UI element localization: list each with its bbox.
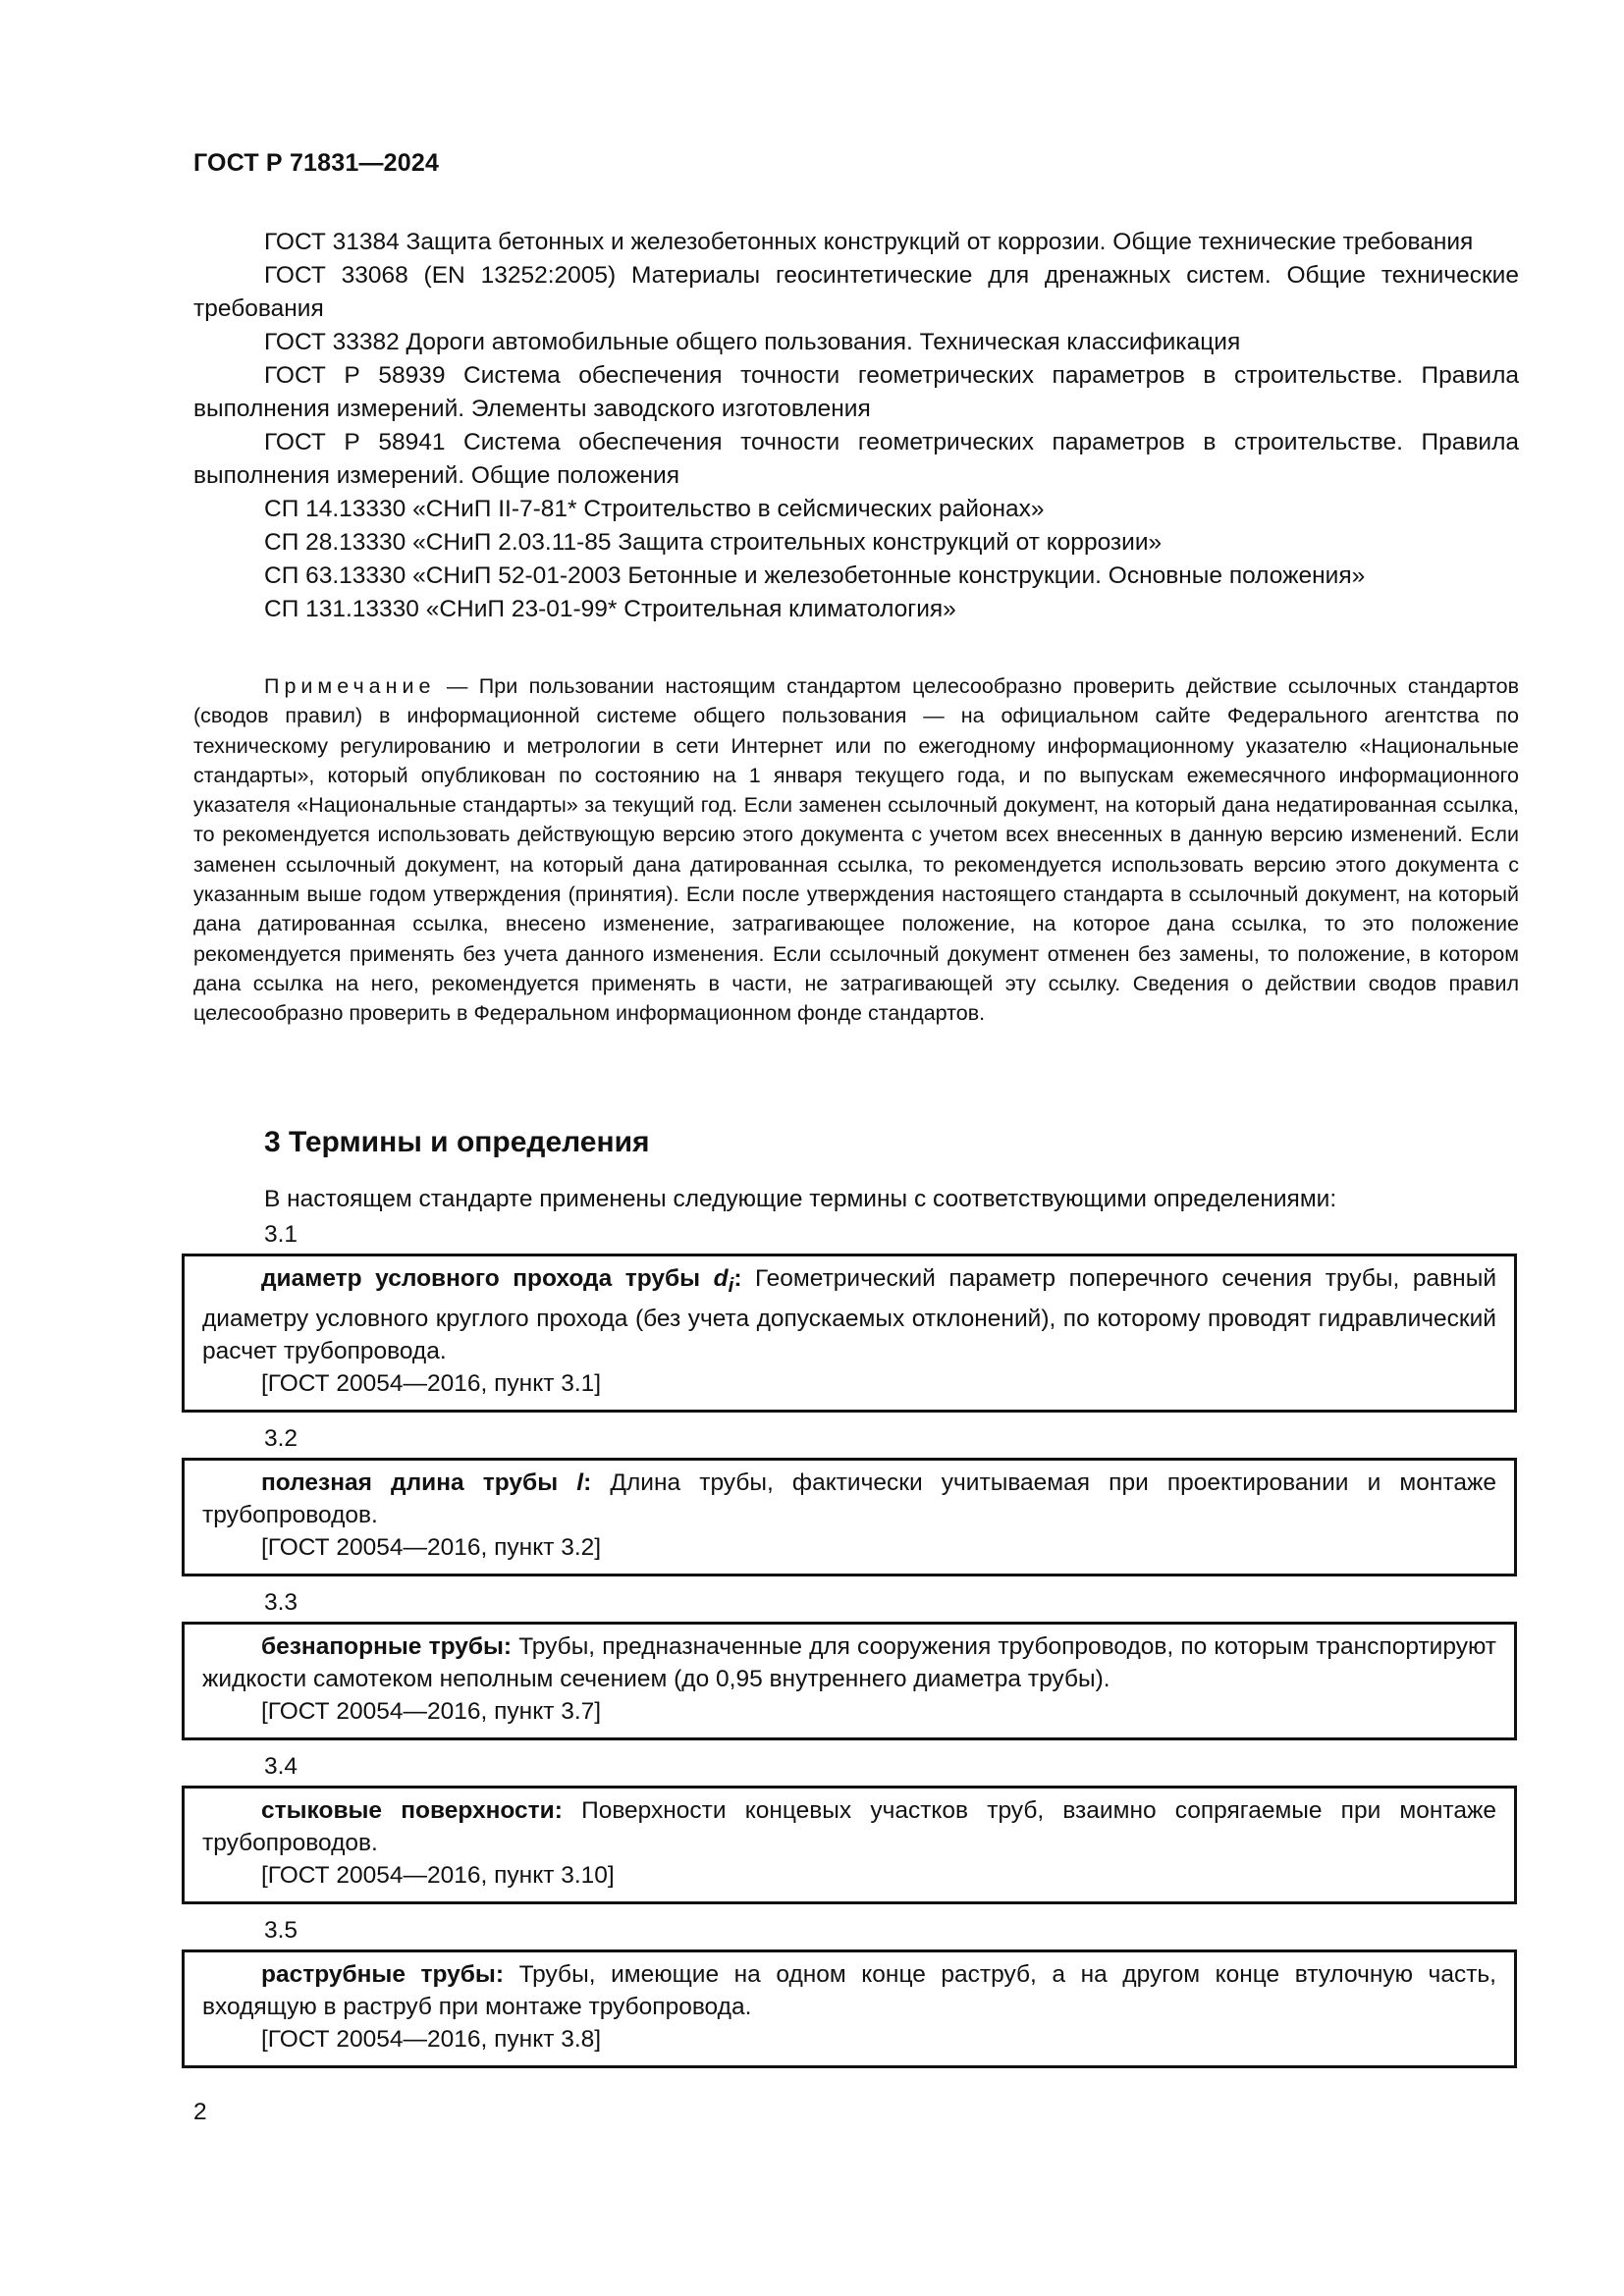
reference-item: ГОСТ 31384 Защита бетонных и железобетон… <box>193 226 1519 259</box>
term-number: 3.1 <box>193 1218 1529 1252</box>
reference-item: СП 63.13330 «СНиП 52-01-2003 Бетонные и … <box>193 560 1519 593</box>
term-name: раструбные трубы <box>261 1961 496 1988</box>
document-code-header: ГОСТ Р 71831—2024 <box>193 149 439 178</box>
section-intro: В настоящем стандарте применены следующи… <box>264 1183 1336 1216</box>
term-definition-box: диаметр условного прохода трубы di: Геом… <box>182 1254 1517 1413</box>
reference-item: СП 28.13330 «СНиП 2.03.11-85 Защита стро… <box>193 526 1519 560</box>
term-symbol: d <box>714 1265 729 1292</box>
note-label: Примечание <box>264 674 435 698</box>
term-number: 3.2 <box>193 1422 1529 1456</box>
term-source: [ГОСТ 20054—2016, пункт 3.2] <box>202 1531 1496 1564</box>
normative-references-list: ГОСТ 31384 Защита бетонных и железобетон… <box>193 226 1519 626</box>
term-name: стыковые поверхности <box>261 1797 555 1824</box>
term-source: [ГОСТ 20054—2016, пункт 3.10] <box>202 1859 1496 1892</box>
term-name: безнапорные трубы <box>261 1633 504 1660</box>
term-definition-box: безнапорные трубы: Трубы, предназначенны… <box>182 1622 1517 1740</box>
reference-item: ГОСТ 33068 (EN 13252:2005) Материалы гео… <box>193 259 1519 326</box>
page-number: 2 <box>193 2099 207 2126</box>
term-definition-box: раструбные трубы: Трубы, имеющие на одно… <box>182 1949 1517 2068</box>
section-title: 3 Термины и определения <box>264 1126 650 1159</box>
term-name: диаметр условного прохода трубы <box>261 1265 700 1292</box>
term-number: 3.4 <box>193 1750 1529 1784</box>
term-definition-box: стыковые поверхности: Поверхности концев… <box>182 1786 1517 1904</box>
reference-item: ГОСТ Р 58941 Система обеспечения точност… <box>193 426 1519 493</box>
term-number: 3.5 <box>193 1914 1529 1948</box>
term-number: 3.3 <box>193 1586 1529 1620</box>
reference-item: СП 131.13330 «СНиП 23-01-99* Строительна… <box>193 593 1519 626</box>
term-source: [ГОСТ 20054—2016, пункт 3.8] <box>202 2023 1496 2056</box>
reference-item: ГОСТ 33382 Дороги автомобильные общего п… <box>193 326 1519 359</box>
terms-list: 3.1диаметр условного прохода трубы di: Г… <box>193 1218 1529 2078</box>
reference-item: СП 14.13330 «СНиП II-7-81* Строительство… <box>193 493 1519 526</box>
term-name: полезная длина трубы <box>261 1469 558 1496</box>
note-text: — При пользовании настоящим стандартом ц… <box>193 674 1519 1025</box>
term-source: [ГОСТ 20054—2016, пункт 3.1] <box>202 1367 1496 1400</box>
note-block: Примечание — При пользовании настоящим с… <box>193 671 1519 1029</box>
term-source: [ГОСТ 20054—2016, пункт 3.7] <box>202 1695 1496 1728</box>
reference-item: ГОСТ Р 58939 Система обеспечения точност… <box>193 359 1519 426</box>
term-definition-box: полезная длина трубы l: Длина трубы, фак… <box>182 1458 1517 1576</box>
